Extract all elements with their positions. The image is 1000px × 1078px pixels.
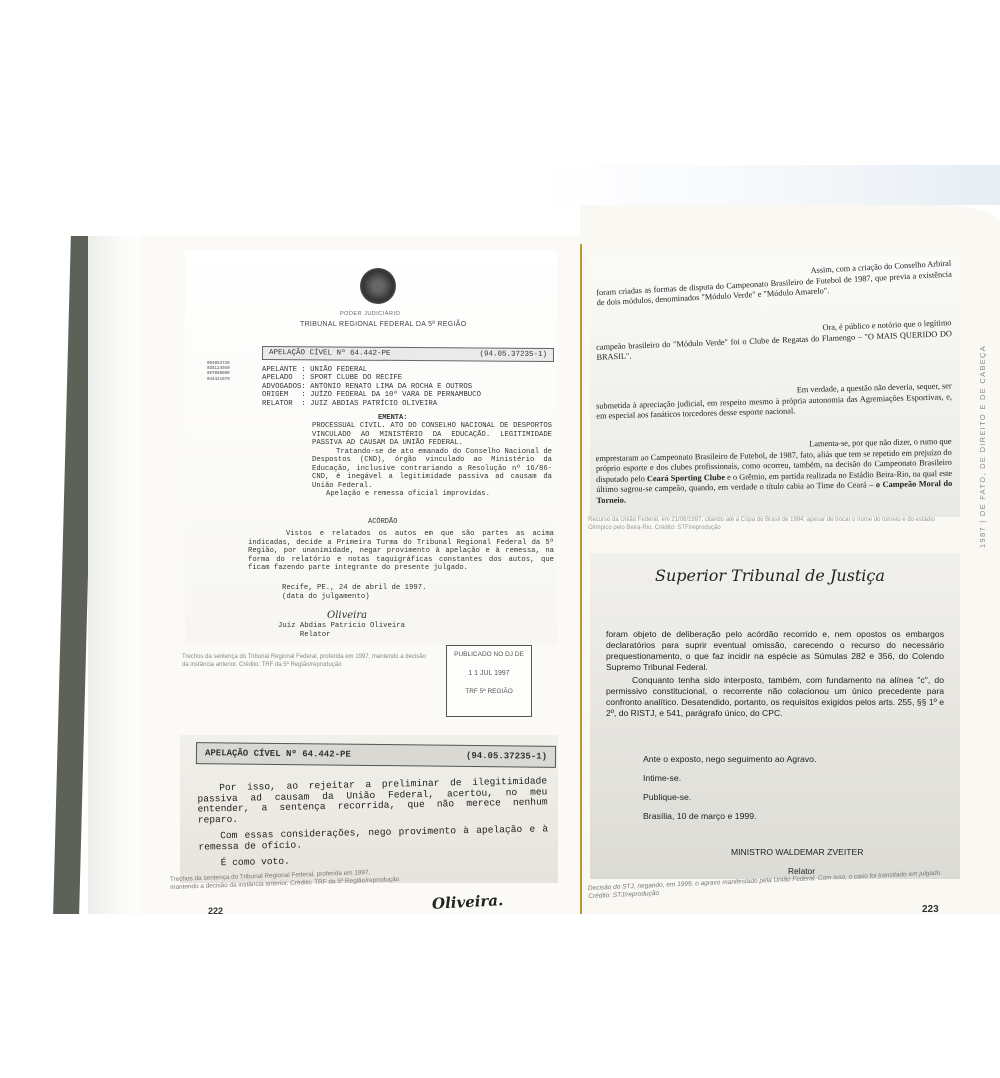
closing-line: Ante o exposto, nego seguimento ao Agrav… bbox=[643, 750, 816, 769]
vote-paragraph: Por isso, ao rejeitar a preliminar de il… bbox=[197, 776, 548, 825]
coat-of-arms-icon bbox=[360, 268, 396, 304]
ementa-paragraph: Apelação e remessa oficial improvidas. bbox=[312, 490, 552, 499]
judge-name: Juiz Abdias Patrício Oliveira Relator bbox=[278, 622, 405, 640]
running-head: 1987 | DE FATO, DE DIREITO E DE CABEÇA bbox=[978, 278, 987, 548]
photo-caption: Recurso da União Federal, em 21/08/1997,… bbox=[588, 517, 958, 532]
closing-line: Intime-se. bbox=[643, 769, 816, 788]
judge-signature: Oliveira bbox=[327, 610, 367, 621]
ementa-text: PROCESSUAL CIVIL. ATO DO CONSELHO NACION… bbox=[312, 422, 552, 499]
stamp-line: PUBLICADO NO DJ DE bbox=[447, 651, 531, 658]
stj-paragraph: Conquanto tenha sido interposto, também,… bbox=[606, 675, 944, 719]
background bbox=[540, 165, 1000, 205]
stj-paragraph: foram objeto de deliberação pelo acórdão… bbox=[606, 629, 944, 673]
case-header: APELAÇÃO CÍVEL Nº 64.442-PE (94.05.37235… bbox=[196, 742, 556, 768]
ementa-paragraph: PROCESSUAL CIVIL. ATO DO CONSELHO NACION… bbox=[312, 422, 552, 448]
closing-line: Publique-se. bbox=[643, 788, 816, 807]
closing-line: Brasília, 10 de março e 1999. bbox=[643, 807, 816, 826]
case-label: APELAÇÃO CÍVEL Nº 64.442-PE bbox=[205, 748, 351, 760]
acordao-title: ACÓRDÃO bbox=[368, 518, 397, 526]
case-label: APELAÇÃO CÍVEL Nº 64.442-PE bbox=[269, 349, 391, 358]
page-number: 223 bbox=[922, 904, 939, 915]
publication-stamp: PUBLICADO NO DJ DE 1 1 JUL 1997 TRF 5ª R… bbox=[446, 645, 532, 717]
minister-name: MINISTRO WALDEMAR ZVEITER bbox=[731, 847, 863, 857]
acordao-text: Vistos e relatados os autos em que são p… bbox=[248, 530, 554, 573]
case-number: (94.05.37235-1) bbox=[466, 751, 547, 762]
authority-label: PODER JUDICIÁRIO bbox=[340, 311, 400, 317]
court-name: TRIBUNAL REGIONAL FEDERAL DA 5ª REGIÃO bbox=[300, 321, 466, 328]
case-header: APELAÇÃO CÍVEL Nº 64.442-PE (94.05.37235… bbox=[262, 346, 554, 362]
ementa-title: EMENTA: bbox=[378, 414, 407, 422]
judgment-date: Recife, PE., 24 de abril de 1997. (data … bbox=[282, 584, 427, 601]
stamp-date: 1 1 JUL 1997 bbox=[447, 670, 531, 677]
stj-closing: Ante o exposto, nego seguimento ao Agrav… bbox=[643, 750, 816, 826]
paragraph-bold: Ceará Sporting Clube bbox=[647, 472, 725, 482]
page-number: 222 bbox=[208, 906, 223, 916]
vote-paragraph: É como voto. bbox=[199, 851, 549, 869]
judge-signature: Oliveira. bbox=[432, 891, 504, 913]
stamp-line: TRF 5ª REGIÃO bbox=[447, 688, 531, 695]
vote-text: Por isso, ao rejeitar a preliminar de il… bbox=[197, 776, 549, 875]
vote-paragraph: Com essas considerações, nego provimento… bbox=[198, 824, 548, 852]
side-codes: 094053720 035124040 097088090 044421070 bbox=[207, 362, 230, 383]
stj-title: Superior Tribunal de Justiça bbox=[655, 566, 885, 585]
ementa-paragraph: Tratando-se de ato emanado do Conselho N… bbox=[312, 448, 552, 491]
case-parties: APELANTE : UNIÃO FEDERAL APELADO : SPORT… bbox=[262, 366, 481, 408]
book-gutter bbox=[580, 244, 582, 914]
stj-text: foram objeto de deliberação pelo acórdão… bbox=[606, 629, 944, 721]
case-number: (94.05.37235-1) bbox=[479, 350, 547, 358]
appeal-paragraph: Lamenta-se, por que não dizer, o rumo qu… bbox=[595, 437, 952, 506]
page-stack-edge bbox=[88, 236, 148, 914]
photo-caption: Trechos da sentença do Tribunal Regional… bbox=[182, 654, 432, 669]
